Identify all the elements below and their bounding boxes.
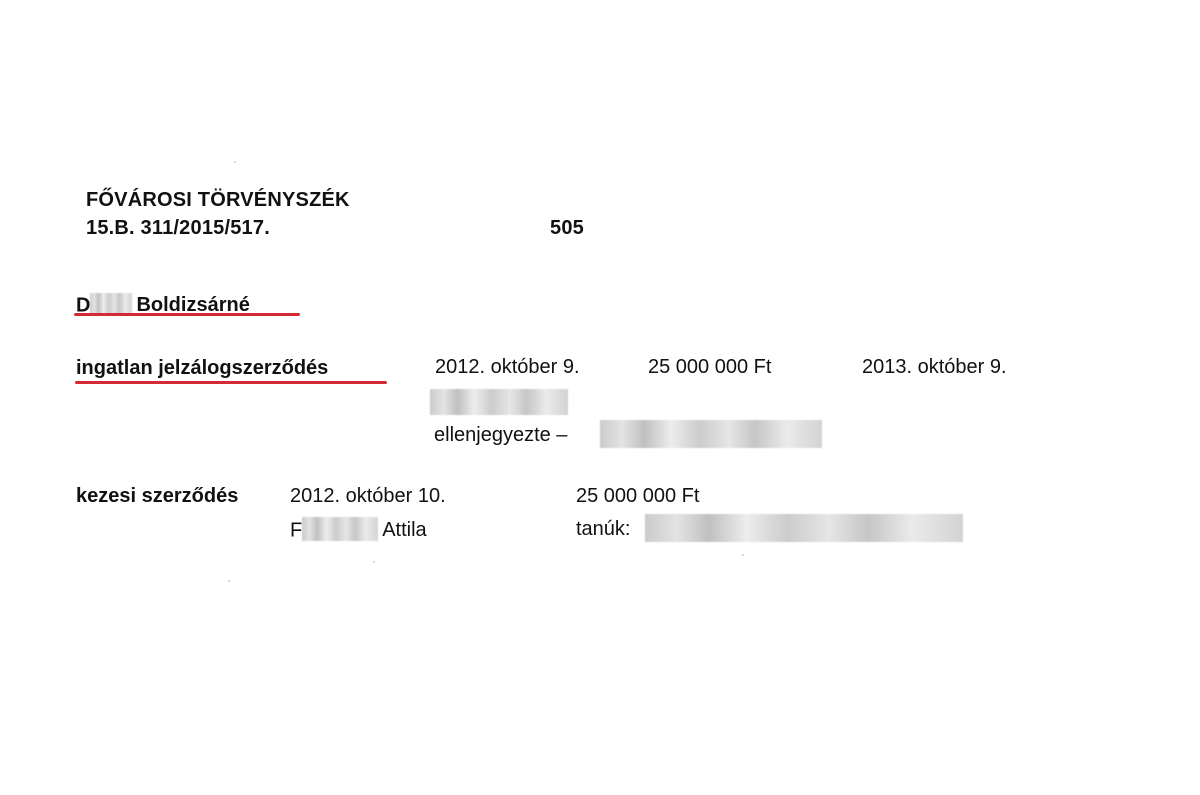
mortgage-date: 2012. október 9. (435, 357, 580, 377)
guarantor-name: FAttila (290, 519, 427, 543)
scan-speck (234, 161, 236, 163)
redacted-guarantor-block (302, 517, 378, 541)
mortgage-contract-label: ingatlan jelzálogszerződés (76, 358, 328, 378)
guarantor-initial: F (290, 519, 302, 541)
scan-speck (228, 580, 230, 582)
scan-speck (373, 561, 375, 563)
redacted-name-block (90, 293, 132, 315)
case-number: 15.B. 311/2015/517. (86, 218, 270, 238)
redacted-witnesses (645, 514, 963, 542)
redacted-mortgage-party (430, 389, 568, 415)
guarantee-contract-label: kezesi szerződés (76, 486, 238, 506)
mortgage-end-date: 2013. október 9. (862, 357, 1007, 377)
witnesses-label: tanúk: (576, 519, 630, 539)
countersigned-label: ellenjegyezte – (434, 425, 567, 445)
red-underline-person (74, 313, 300, 316)
guarantee-date: 2012. október 10. (290, 486, 446, 506)
page-number: 505 (550, 218, 584, 238)
scan-speck (742, 554, 744, 556)
court-name: FŐVÁROSI TÖRVÉNYSZÉK (86, 190, 350, 210)
redacted-countersigner (600, 420, 822, 448)
red-underline-mortgage (75, 381, 387, 384)
guarantee-amount: 25 000 000 Ft (576, 486, 699, 506)
mortgage-amount: 25 000 000 Ft (648, 357, 771, 377)
guarantor-rest: Attila (382, 519, 426, 541)
